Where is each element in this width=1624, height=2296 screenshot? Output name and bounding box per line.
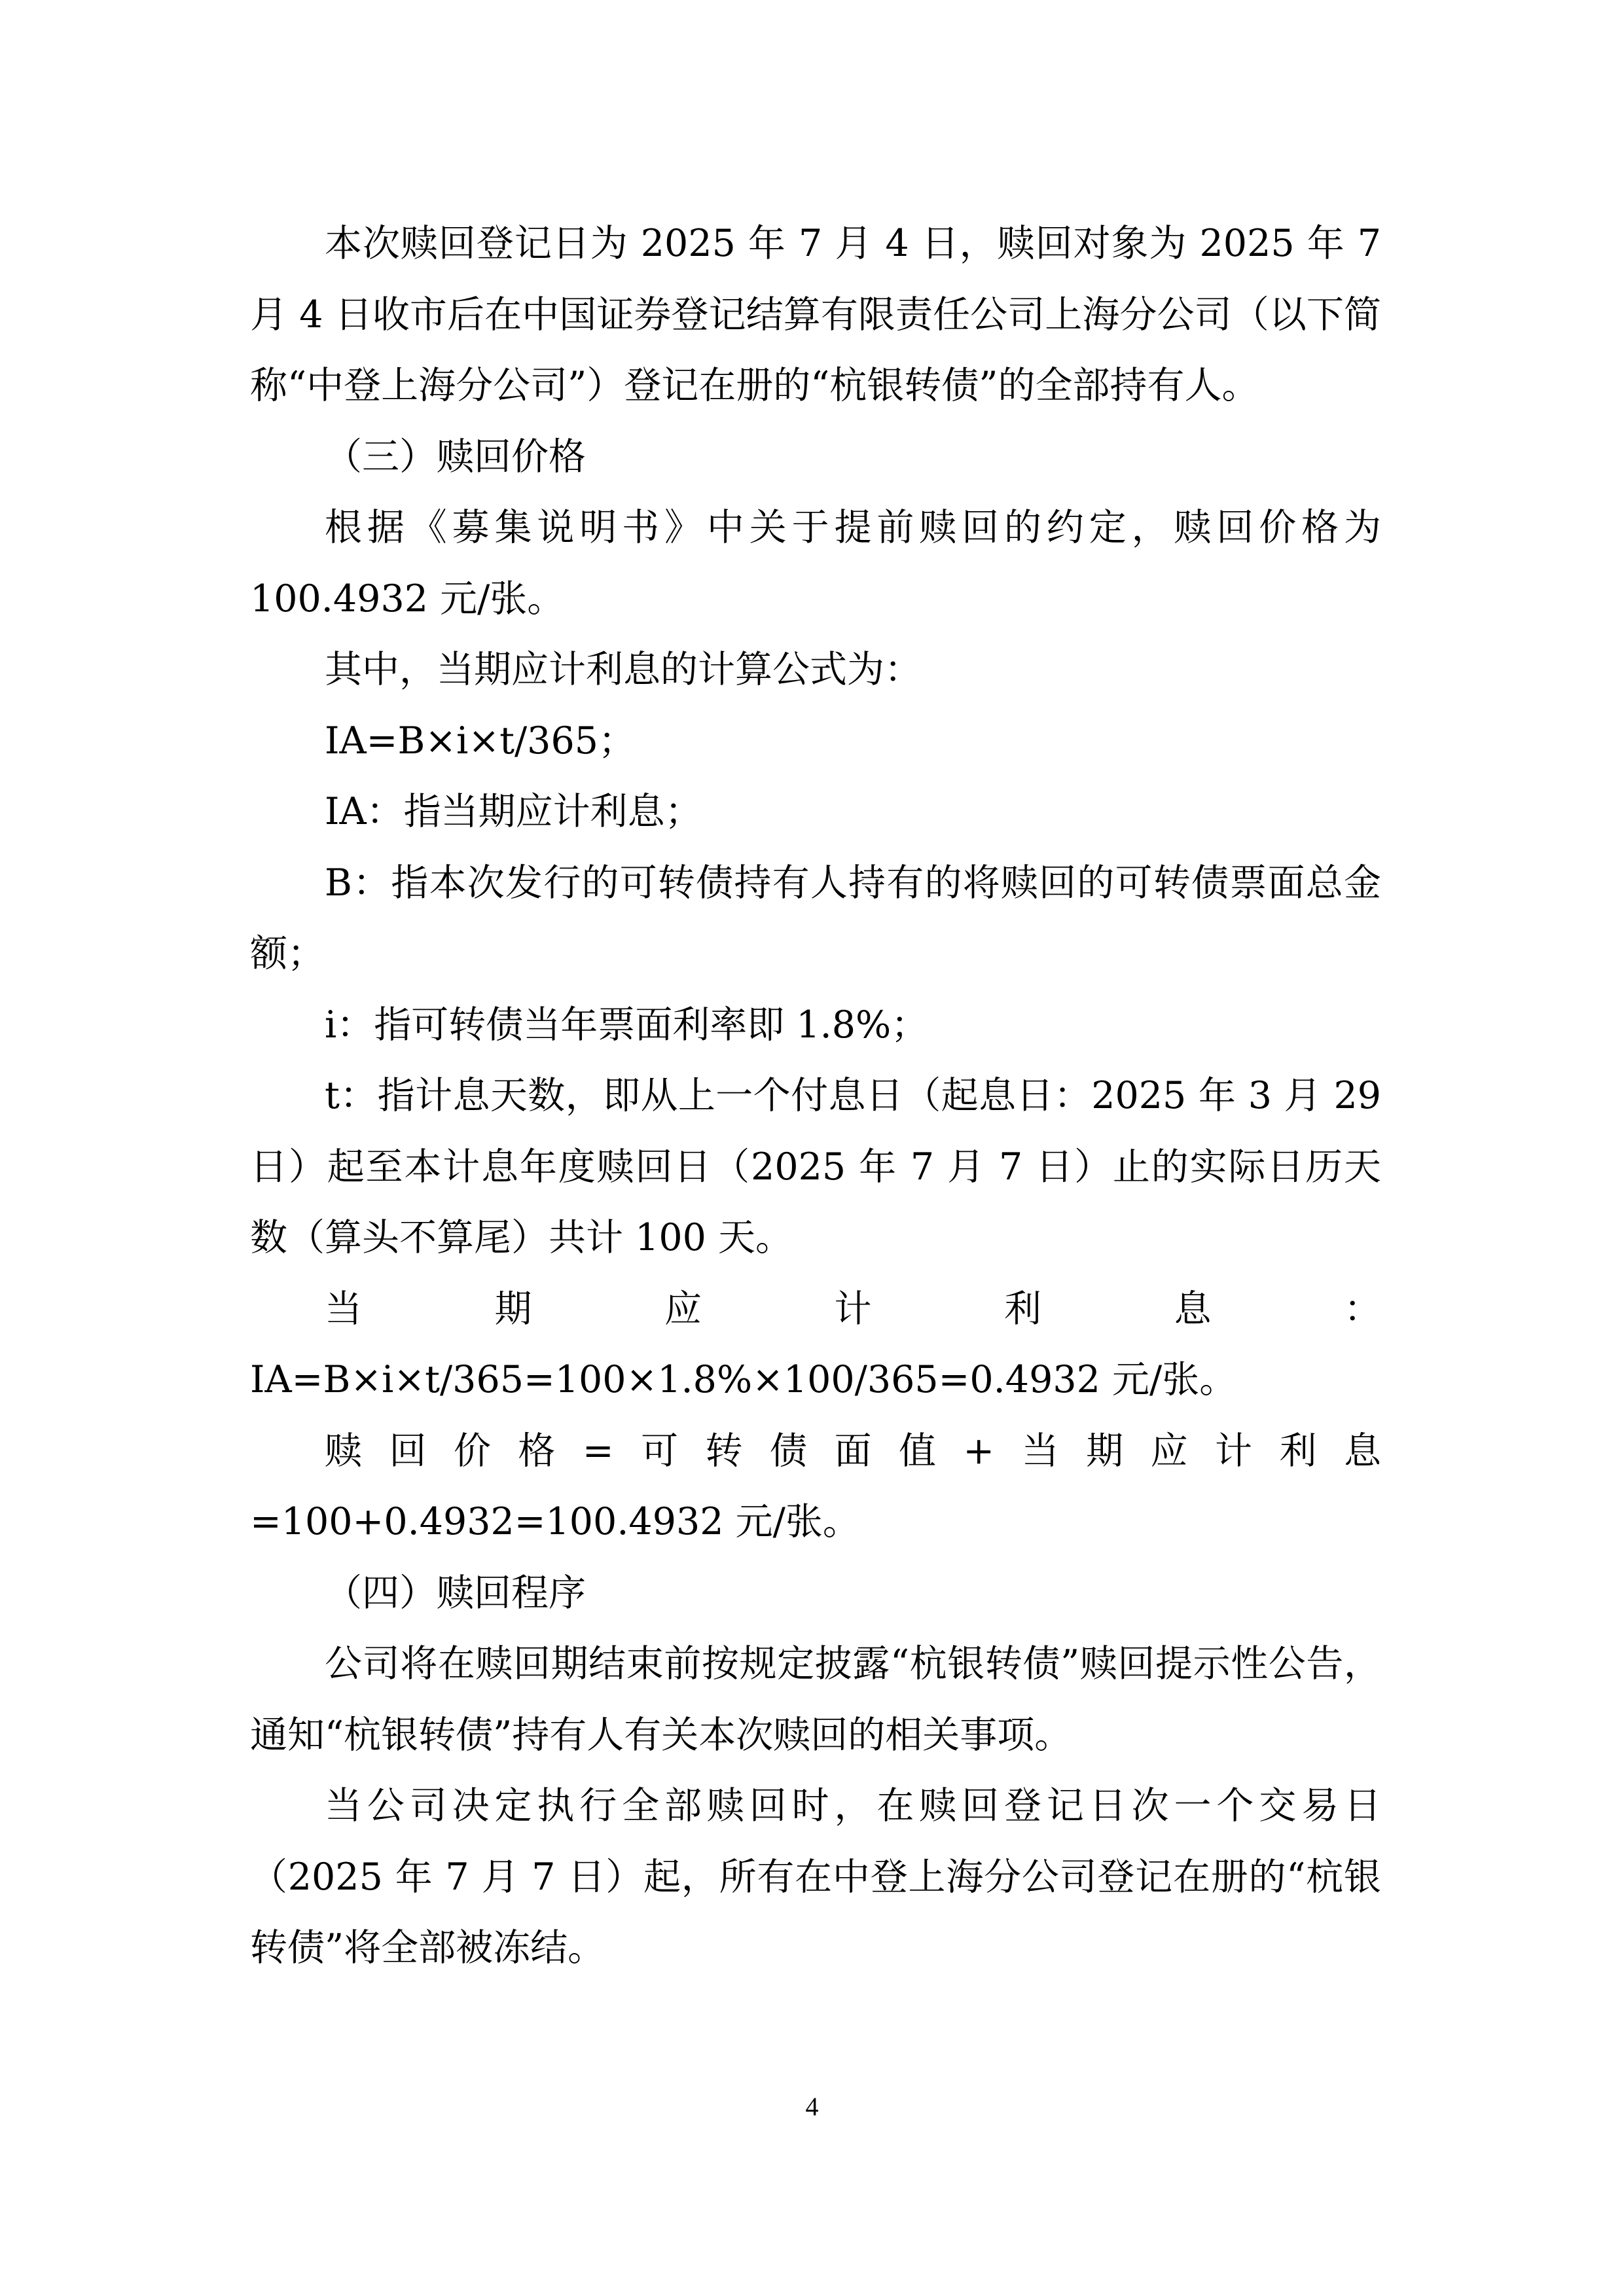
paragraph-price-calculation: 赎回价格=可转债面值+当期应计利息=100+0.4932=100.4932 元/… [250,1416,1381,1558]
paragraph-accrued-interest: 当期应计利息：IA=B×i×t/365=100×1.8%×100/365=0.4… [250,1274,1381,1416]
document-page: 本次赎回登记日为 2025 年 7 月 4 日，赎回对象为 2025 年 7 月… [0,0,1624,2296]
paragraph-redemption-record-date: 本次赎回登记日为 2025 年 7 月 4 日，赎回对象为 2025 年 7 月… [250,208,1381,422]
paragraph-redemption-price: 根据《募集说明书》中关于提前赎回的约定，赎回价格为 100.4932 元/张。 [250,492,1381,634]
paragraph-def-ia: IA：指当期应计利息； [250,776,1381,848]
paragraph-freeze: 当公司决定执行全部赎回时，在赎回登记日次一个交易日（2025 年 7 月 7 日… [250,1770,1381,1984]
section-heading-redemption-price: （三）赎回价格 [250,422,1381,493]
section-heading-redemption-procedure: （四）赎回程序 [250,1558,1381,1629]
document-body: 本次赎回登记日为 2025 年 7 月 4 日，赎回对象为 2025 年 7 月… [250,208,1381,1984]
paragraph-formula-intro: 其中，当期应计利息的计算公式为： [250,634,1381,706]
paragraph-def-i: i：指可转债当年票面利率即 1.8%； [250,990,1381,1061]
page-number: 4 [0,2091,1624,2122]
paragraph-def-t: t：指计息天数，即从上一个付息日（起息日：2025 年 3 月 29 日）起至本… [250,1060,1381,1274]
paragraph-formula: IA=B×i×t/365； [250,706,1381,777]
paragraph-announcement: 公司将在赎回期结束前按规定披露“杭银转债”赎回提示性公告，通知“杭银转债”持有人… [250,1628,1381,1770]
paragraph-def-b: B：指本次发行的可转债持有人持有的将赎回的可转债票面总金额； [250,848,1381,990]
